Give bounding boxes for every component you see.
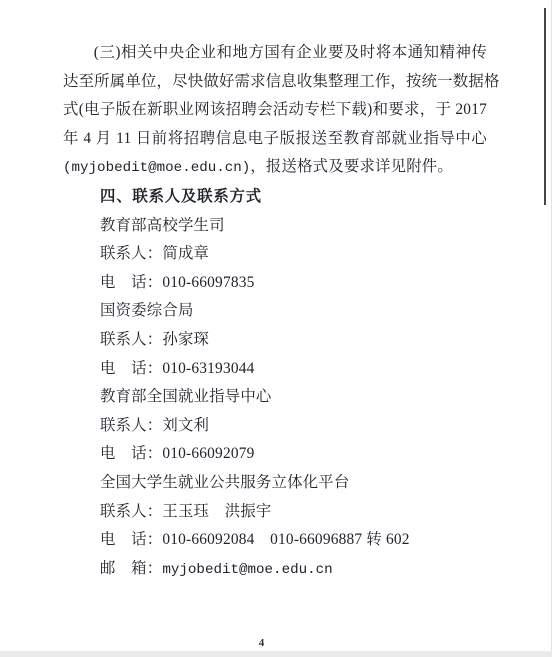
contact-org: 全国大学生就业公共服务立体化平台 (100, 469, 487, 498)
paragraph-line: (myjobedit@moe.edu.cn)，报送格式及要求详见附件。 (63, 153, 487, 183)
contact-phone: 电 话：010-63193044 (100, 355, 487, 384)
contact-phone: 电 话：010-66092084 010-66096887 转 602 (100, 526, 487, 555)
scan-edge-artifact (544, 8, 546, 205)
email-address: (myjobedit@moe.edu.cn) (63, 160, 250, 176)
paragraph-line: 式(电子版在新职业网该招聘会活动专栏下载)和要求，于 2017 (63, 96, 487, 125)
contacts-section: 四、联系人及联系方式 教育部高校学生司 联系人：简成章 电 话：010-6609… (63, 183, 487, 584)
paragraph-line: 达至所属单位，尽快做好需求信息收集整理工作，按统一数据格 (63, 68, 487, 97)
contact-person: 联系人：刘文利 (100, 412, 487, 441)
page-content: (三)相关中央企业和地方国有企业要及时将本通知精神传 达至所属单位，尽快做好需求… (63, 39, 487, 584)
contact-person: 联系人：简成章 (100, 240, 487, 269)
email-address: myjobedit@moe.edu.cn (162, 562, 332, 578)
section-heading: 四、联系人及联系方式 (100, 183, 487, 212)
contact-person: 联系人：王玉珏 洪振宇 (100, 498, 487, 527)
contact-phone: 电 话：010-66097835 (100, 269, 487, 298)
email-label: 邮 箱： (100, 560, 162, 577)
document-page: (三)相关中央企业和地方国有企业要及时将本通知精神传 达至所属单位，尽快做好需求… (0, 0, 552, 651)
paragraph: (三)相关中央企业和地方国有企业要及时将本通知精神传 达至所属单位，尽快做好需求… (63, 39, 487, 183)
contact-org: 教育部高校学生司 (100, 212, 487, 241)
page-number: 4 (0, 637, 523, 649)
contact-org: 国资委综合局 (100, 297, 487, 326)
paragraph-line-tail: ，报送格式及要求详见附件。 (250, 158, 453, 175)
contact-person: 联系人：孙家琛 (100, 326, 487, 355)
contact-email: 邮 箱：myjobedit@moe.edu.cn (100, 555, 487, 585)
paragraph-line: 年 4 月 11 日前将招聘信息电子版报送至教育部就业指导中心 (63, 125, 487, 154)
contact-org: 教育部全国就业指导中心 (100, 383, 487, 412)
paragraph-line: (三)相关中央企业和地方国有企业要及时将本通知精神传 (63, 39, 487, 68)
contact-phone: 电 话：010-66092079 (100, 440, 487, 469)
